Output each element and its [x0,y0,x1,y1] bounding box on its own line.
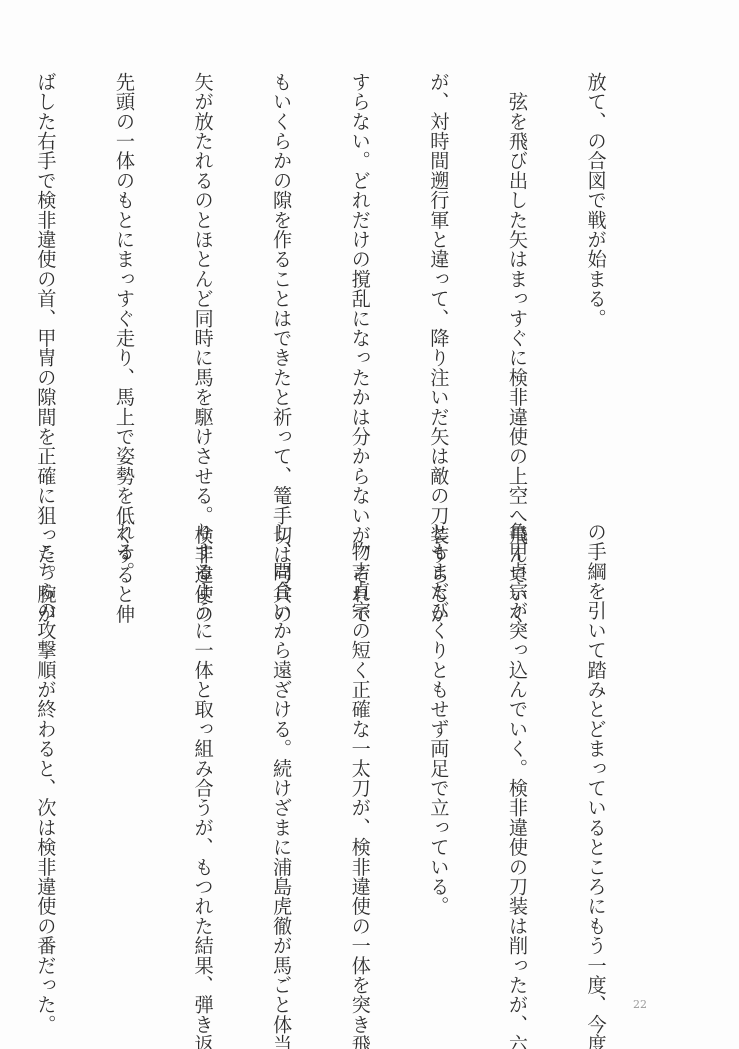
text-block-top: 放て、の合図で戦が始まる。 弦を飛び出した矢はまっすぐに検非違使の上空へ飛んでい… [81,72,661,497]
text-line: 先頭の一体のもとにまっすぐ走り、馬上で姿勢を低くすると伸 [111,72,137,497]
text-line: こちらの攻撃順が終わると、次は検非違使の番だった。 [32,522,58,987]
text-line: が、対時間遡行軍と違って、降り注いだ矢は敵の刀装すらもか [425,72,451,497]
text-line: 放て、の合図で戦が始まる。 [582,72,608,497]
page-number: 22 [633,998,647,1011]
text-line: れる。 [111,522,137,987]
text-line: すらない。どれだけの撹乱になったかは分からないが、それで [347,72,373,497]
text-line: 弦を飛び出した矢はまっすぐに検非違使の上空へ飛んでいく [504,72,530,497]
text-line: もいくらかの隙を作ることはできたと祈って、篭手切は弓兵の [268,72,294,497]
text-line: 物吉貞宗の短く正確な一太刀が、検非違使の一体を突き飛ば [347,522,373,987]
text-line: ばした右手で検非違使の首、甲冑の隙間を正確に狙った。腕が [32,72,58,497]
text-line: 矢が放たれるのとほとんど同時に馬を駆けさせる。検非違使の [189,72,215,497]
text-line: ともまだびくりともせず両足で立っている。 [425,522,451,987]
text-line: 亀甲貞宗が突っ込んでいく。検非違使の刀装は削ったが、六体 [504,522,530,987]
book-page: 放て、の合図で戦が始まる。 弦を飛び出した矢はまっすぐに検非違使の上空へ飛んでい… [0,0,739,1049]
text-line: りするように一体と取っ組み合うが、もつれた結果、弾き返さ [189,522,215,987]
text-line: し、間合いから遠ざける。続けざまに浦島虎徹が馬ごと体当た [268,522,294,987]
text-line: の手綱を引いて踏みとどまっているところにもう一度、今度は [582,522,608,987]
text-block-bottom: の手綱を引いて踏みとどまっているところにもう一度、今度は 亀甲貞宗が突っ込んでい… [81,522,661,987]
